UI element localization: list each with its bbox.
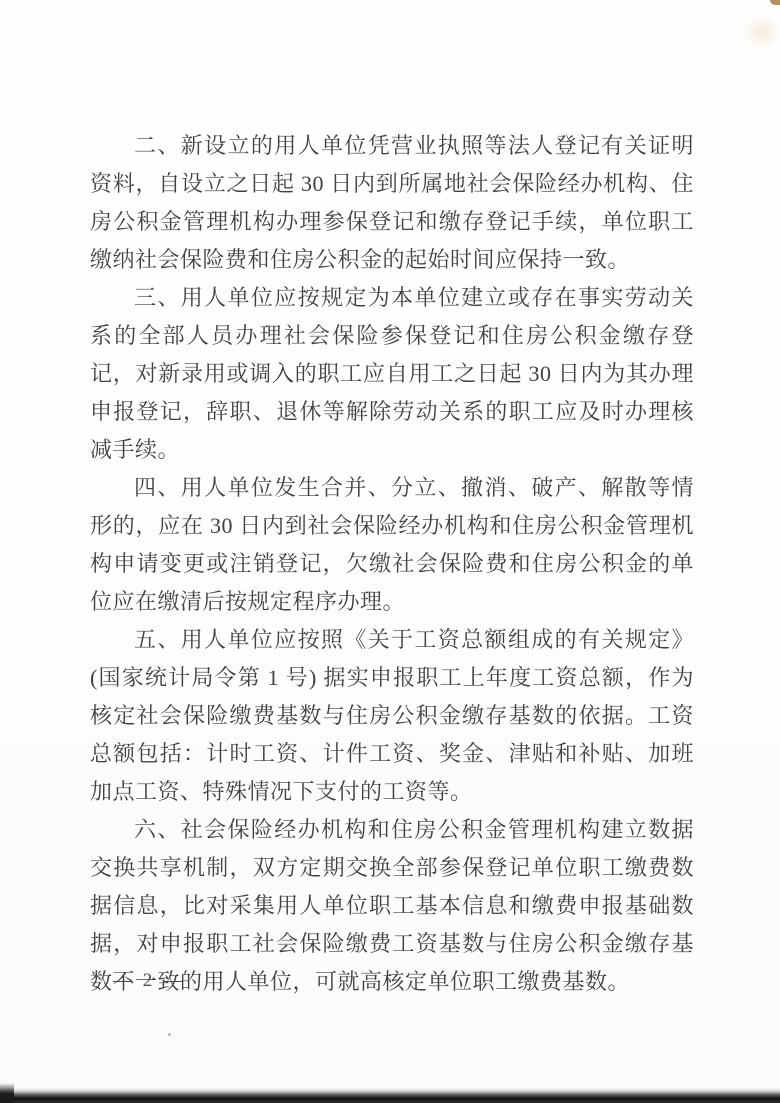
paragraph-item-5: 五、用人单位应按照《关于工资总额组成的有关规定》(国家统计局令第 1 号) 据实…	[90, 621, 694, 811]
document-body: 二、新设立的用人单位凭营业执照等法人登记有关证明资料，自设立之日起 30 日内到…	[90, 127, 694, 1001]
dust-speck	[168, 1033, 171, 1036]
paragraph-item-2: 二、新设立的用人单位凭营业执照等法人登记有关证明资料，自设立之日起 30 日内到…	[90, 127, 694, 279]
scan-bottom-edge	[0, 1088, 780, 1103]
paragraph-item-4: 四、用人单位发生合并、分立、撤消、破产、解散等情形的，应在 30 日内到社会保险…	[90, 469, 694, 621]
document-page: 二、新设立的用人单位凭营业执照等法人登记有关证明资料，自设立之日起 30 日内到…	[0, 0, 780, 1103]
scan-bottom-edge-corner	[0, 1083, 14, 1103]
page-number: — 2 —	[113, 968, 185, 994]
scan-corner-smudge	[750, 22, 774, 42]
paragraph-item-3: 三、用人单位应按规定为本单位建立或存在事实劳动关系的全部人员办理社会保险参保登记…	[90, 279, 694, 469]
scan-corner-artifact	[770, 0, 780, 5]
